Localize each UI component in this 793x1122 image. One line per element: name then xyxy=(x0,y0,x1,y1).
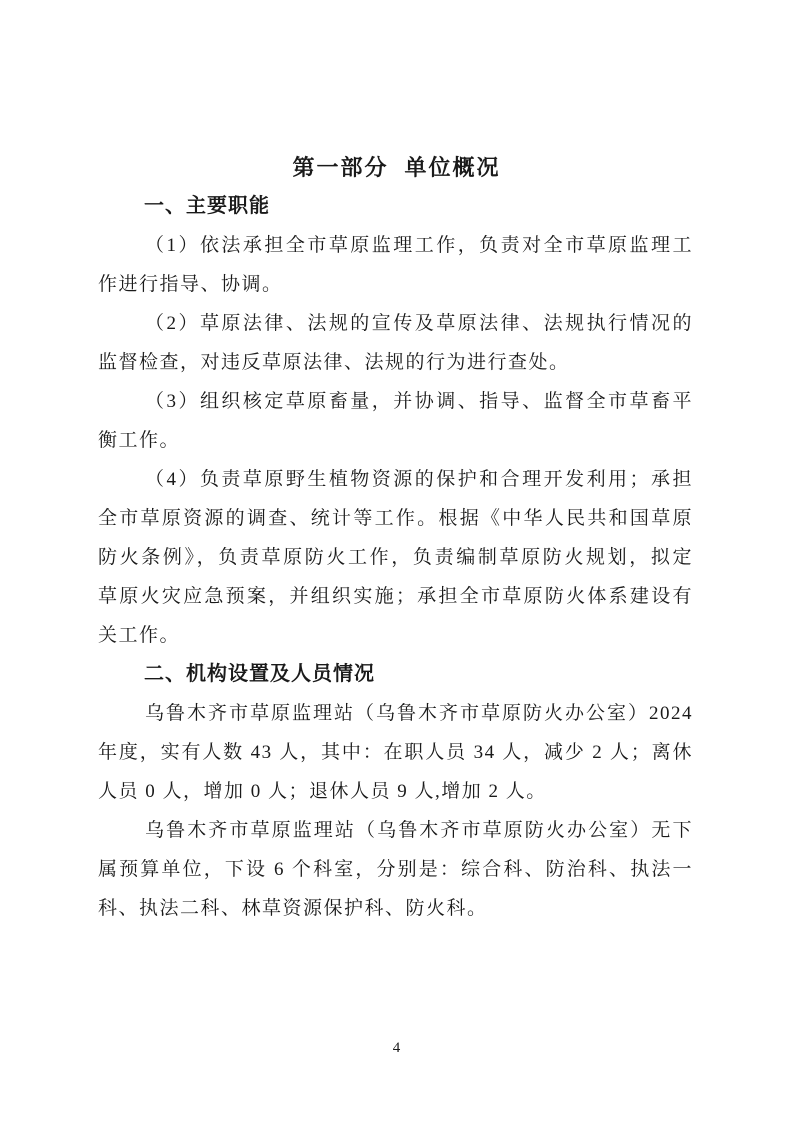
paragraph: （4）负责草原野生植物资源的保护和合理开发利用；承担全市草原资源的调查、统计等工… xyxy=(98,460,693,655)
paragraph: （3）组织核定草原畜量，并协调、指导、监督全市草畜平衡工作。 xyxy=(98,382,693,460)
text-line: 防火条例》，负责草原防火工作，负责编制草原防火规划，拟定 xyxy=(98,538,693,577)
text-line: （4）负责草原野生植物资源的保护和合理开发利用；承担 xyxy=(98,460,693,499)
text-line: （3）组织核定草原畜量，并协调、指导、监督全市草畜平 xyxy=(98,382,693,421)
document-body: 一、主要职能（1）依法承担全市草原监理工作，负责对全市草原监理工作进行指导、协调… xyxy=(0,187,793,928)
text-line: （2）草原法律、法规的宣传及草原法律、法规执行情况的 xyxy=(98,304,693,343)
text-line: 衡工作。 xyxy=(98,421,693,460)
text-line: 年度，实有人数 43 人，其中：在职人员 34 人，减少 2 人；离休 xyxy=(98,733,693,772)
text-line: 科、执法二科、林草资源保护科、防火科。 xyxy=(98,889,693,928)
text-line: 乌鲁木齐市草原监理站（乌鲁木齐市草原防火办公室）2024 xyxy=(98,694,693,733)
document-page: 第一部分 单位概况 一、主要职能（1）依法承担全市草原监理工作，负责对全市草原监… xyxy=(0,0,793,1122)
section-heading: 一、主要职能 xyxy=(98,187,693,226)
text-line: （1）依法承担全市草原监理工作，负责对全市草原监理工 xyxy=(98,226,693,265)
page-title: 第一部分 单位概况 xyxy=(0,148,793,187)
paragraph: 乌鲁木齐市草原监理站（乌鲁木齐市草原防火办公室）2024年度，实有人数 43 人… xyxy=(98,694,693,811)
paragraph: （2）草原法律、法规的宣传及草原法律、法规执行情况的监督检查，对违反草原法律、法… xyxy=(98,304,693,382)
text-line: 作进行指导、协调。 xyxy=(98,265,693,304)
text-line: 监督检查，对违反草原法律、法规的行为进行查处。 xyxy=(98,343,693,382)
page-number: 4 xyxy=(0,1038,793,1058)
text-line: 全市草原资源的调查、统计等工作。根据《中华人民共和国草原 xyxy=(98,499,693,538)
text-line: 乌鲁木齐市草原监理站（乌鲁木齐市草原防火办公室）无下 xyxy=(98,811,693,850)
text-line: 人员 0 人，增加 0 人；退休人员 9 人,增加 2 人。 xyxy=(98,772,693,811)
section-heading: 二、机构设置及人员情况 xyxy=(98,655,693,694)
paragraph: （1）依法承担全市草原监理工作，负责对全市草原监理工作进行指导、协调。 xyxy=(98,226,693,304)
text-line: 草原火灾应急预案，并组织实施；承担全市草原防火体系建设有 xyxy=(98,577,693,616)
paragraph: 乌鲁木齐市草原监理站（乌鲁木齐市草原防火办公室）无下属预算单位，下设 6 个科室… xyxy=(98,811,693,928)
text-line: 关工作。 xyxy=(98,616,693,655)
text-line: 属预算单位，下设 6 个科室，分别是：综合科、防治科、执法一 xyxy=(98,850,693,889)
